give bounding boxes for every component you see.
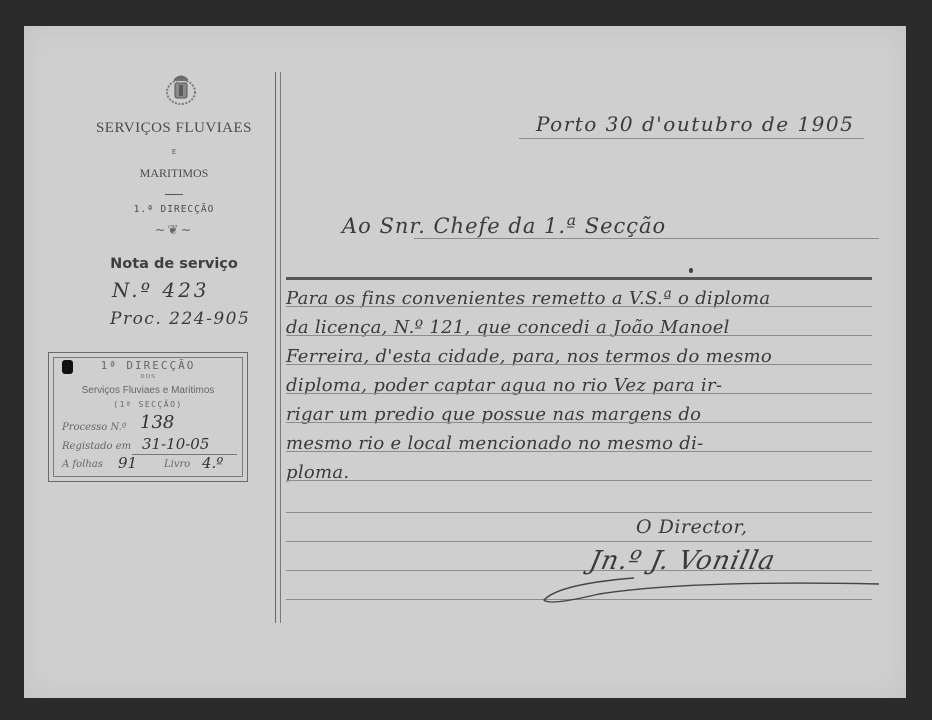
- addressee-underline: [414, 238, 879, 239]
- ornament-icon: ~❦~: [84, 223, 264, 238]
- ruled-line: [286, 512, 872, 513]
- registered-value: 31-10-05: [142, 435, 209, 453]
- ruled-line: [286, 306, 872, 307]
- org-name-line2: MARITIMOS: [84, 166, 264, 181]
- signature-flourish: [539, 566, 884, 606]
- stamp-org: Serviços Fluviaes e Maritimos: [54, 385, 242, 396]
- ruled-line: [286, 393, 872, 394]
- ruled-line: [286, 422, 872, 423]
- header-divider: [165, 194, 183, 195]
- document-page: SERVIÇOS FLUVIAES E MARITIMOS 1.ª DIRECÇ…: [24, 26, 906, 698]
- process-reference: Proc. 224-905: [110, 309, 250, 329]
- process-value: 138: [140, 412, 174, 433]
- folios-label: A folhas: [62, 459, 103, 470]
- book-value: 4.º: [202, 454, 223, 472]
- registration-stamp: 1ª DIRECÇÃO DOS Serviços Fluviaes e Mari…: [48, 352, 248, 482]
- division-label: 1.ª DIRECÇÃO: [84, 204, 264, 215]
- registered-label: Registado em: [62, 441, 131, 452]
- margin-rule: [275, 72, 281, 623]
- ruled-line: [286, 541, 872, 542]
- doc-type-title: Nota de serviço: [84, 256, 264, 272]
- ruled-line: [286, 451, 872, 452]
- org-name-line1: SERVIÇOS FLUVIAES: [84, 120, 264, 137]
- org-name-conjunction: E: [84, 149, 264, 156]
- ruled-line: [286, 364, 872, 365]
- closing-line: O Director,: [636, 516, 748, 538]
- date-underline: [519, 138, 864, 139]
- book-label: Livro: [164, 459, 190, 470]
- folios-value: 91: [118, 454, 137, 472]
- stamp-dos: DOS: [54, 374, 242, 380]
- stamp-title: 1ª DIRECÇÃO: [54, 359, 242, 372]
- ruled-line: [286, 335, 872, 336]
- ink-dot: [689, 268, 693, 273]
- coat-of-arms-icon: [164, 71, 198, 107]
- ruled-line: [286, 480, 872, 481]
- process-label: Processo N.º: [62, 422, 127, 433]
- addressee-line: Ao Snr. Chefe da 1.ª Secção: [342, 214, 666, 238]
- date-line: Porto 30 d'outubro de 1905: [536, 112, 854, 136]
- note-number: N.º 423: [112, 278, 210, 302]
- separator-rule: [286, 277, 872, 280]
- stamp-section: (1ª SECÇÃO): [54, 400, 242, 409]
